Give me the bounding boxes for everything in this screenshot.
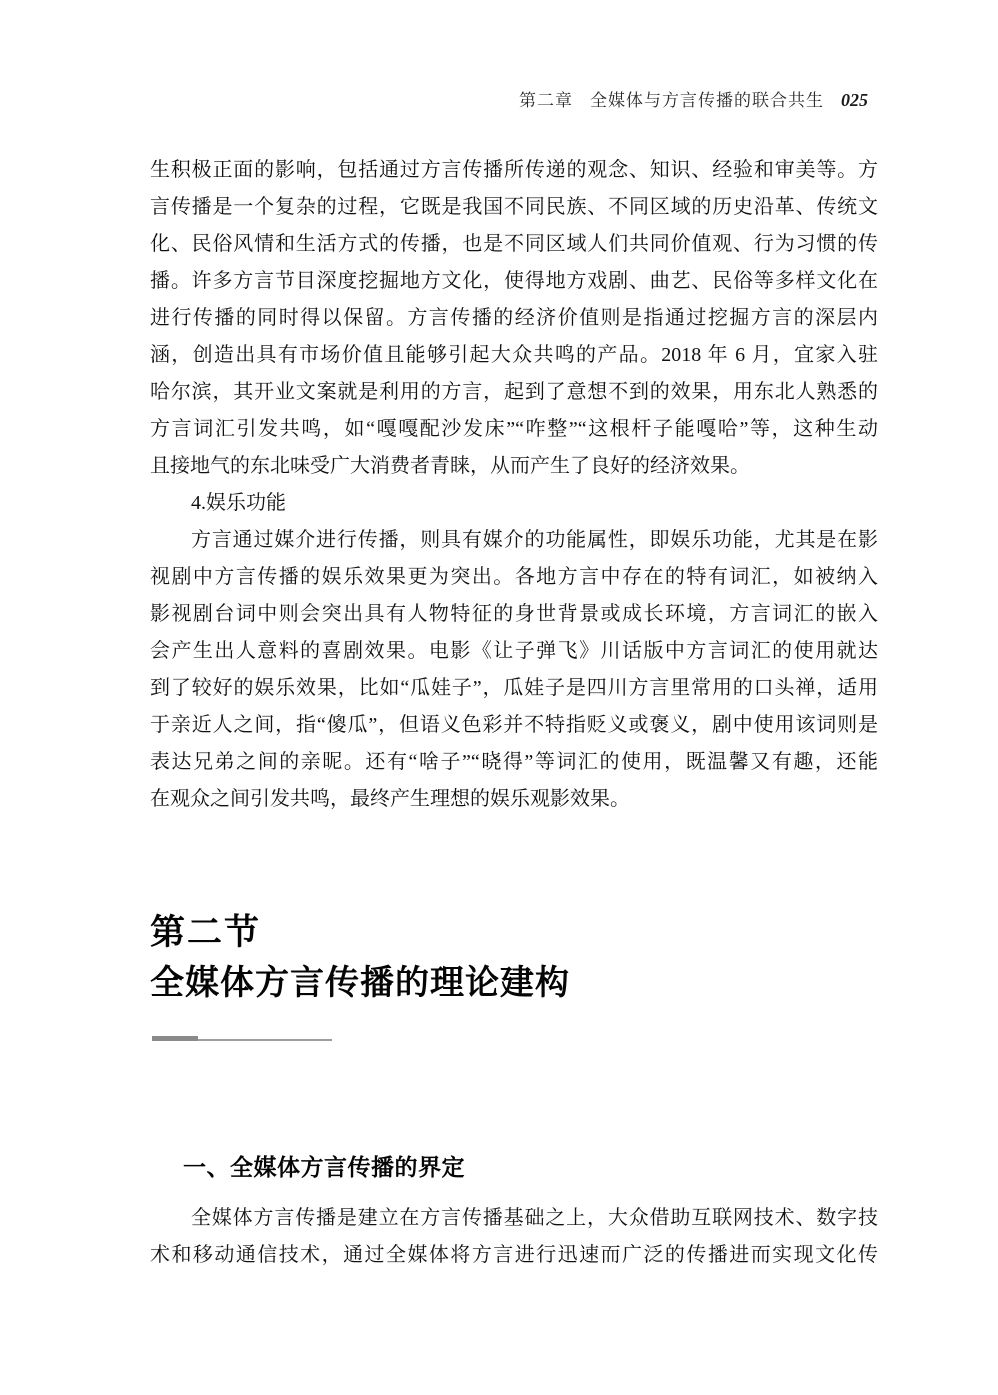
book-page: 第二章 全媒体与方言传播的联合共生 025 生积极正面的影响，包括通过方言传播所… [0,0,998,1395]
text-line: 4.娱乐功能 [150,485,878,522]
text-line: 方言通过媒介进行传播，则具有媒介的功能属性，即娱乐功能，尤其是在影 [150,522,878,559]
rule-thick-segment [152,1036,198,1041]
text-line: 表达兄弟之间的亲昵。还有“啥子”“晓得”等词汇的使用，既温馨又有趣，还能 [150,744,878,781]
chapter-title: 全媒体与方言传播的联合共生 [590,86,824,111]
text-line: 视剧中方言传播的娱乐效果更为突出。各地方言中存在的特有词汇，如被纳入 [150,559,878,596]
rule-thin-segment [198,1039,332,1041]
text-line: 于亲近人之间，指“傻瓜”，但语义色彩并不特指贬义或褒义，剧中使用该词则是 [150,707,878,744]
text-line: 到了较好的娱乐效果，比如“瓜娃子”，瓜娃子是四川方言里常用的口头禅，适用 [150,670,878,707]
section-title: 全媒体方言传播的理论建构 [150,958,570,1008]
running-header: 第二章 全媒体与方言传播的联合共生 025 [519,86,868,111]
subsection-heading: 一、全媒体方言传播的界定 [183,1152,465,1184]
text-line: 影视剧台词中则会突出具有人物特征的身世背景或成长环境，方言词汇的嵌入 [150,596,878,633]
text-line: 播。许多方言节目深度挖掘地方文化，使得地方戏剧、曲艺、民俗等多样文化在 [150,263,878,300]
page-number: 025 [841,90,868,111]
text-line: 会产生出人意料的喜剧效果。电影《让子弹飞》川话版中方言词汇的使用就达 [150,633,878,670]
text-line: 哈尔滨，其开业文案就是利用的方言，起到了意想不到的效果，用东北人熟悉的 [150,374,878,411]
section-rule [152,1036,332,1042]
text-line: 言传播是一个复杂的过程，它既是我国不同民族、不同区域的历史沿革、传统文 [150,189,878,226]
text-line: 方言词汇引发共鸣，如“嘎嘎配沙发床”“咋整”“这根杆子能嘎哈”等，这种生动 [150,411,878,448]
text-line: 生积极正面的影响，包括通过方言传播所传递的观念、知识、经验和审美等。方 [150,152,878,189]
chapter-label: 第二章 [519,86,573,111]
text-line: 术和移动通信技术，通过全媒体将方言进行迅速而广泛的传播进而实现文化传 [150,1237,878,1274]
text-line: 全媒体方言传播是建立在方言传播基础之上，大众借助互联网技术、数字技 [150,1200,878,1237]
text-line: 进行传播的同时得以保留。方言传播的经济价值则是指通过挖掘方言的深层内 [150,300,878,337]
section-heading: 第二节 全媒体方言传播的理论建构 [150,908,570,1008]
section-number: 第二节 [150,908,570,958]
paragraph: 全媒体方言传播是建立在方言传播基础之上，大众借助互联网技术、数字技术和移动通信技… [150,1200,878,1274]
text-line: 在观众之间引发共鸣，最终产生理想的娱乐观影效果。 [150,781,878,818]
text-line: 且接地气的东北味受广大消费者青睐，从而产生了良好的经济效果。 [150,448,878,485]
text-line: 化、民俗风情和生活方式的传播，也是不同区域人们共同价值观、行为习惯的传 [150,226,878,263]
text-line: 涵，创造出具有市场价值且能够引起大众共鸣的产品。2018 年 6 月，宜家入驻 [150,337,878,374]
body-text: 生积极正面的影响，包括通过方言传播所传递的观念、知识、经验和审美等。方言传播是一… [150,152,878,818]
